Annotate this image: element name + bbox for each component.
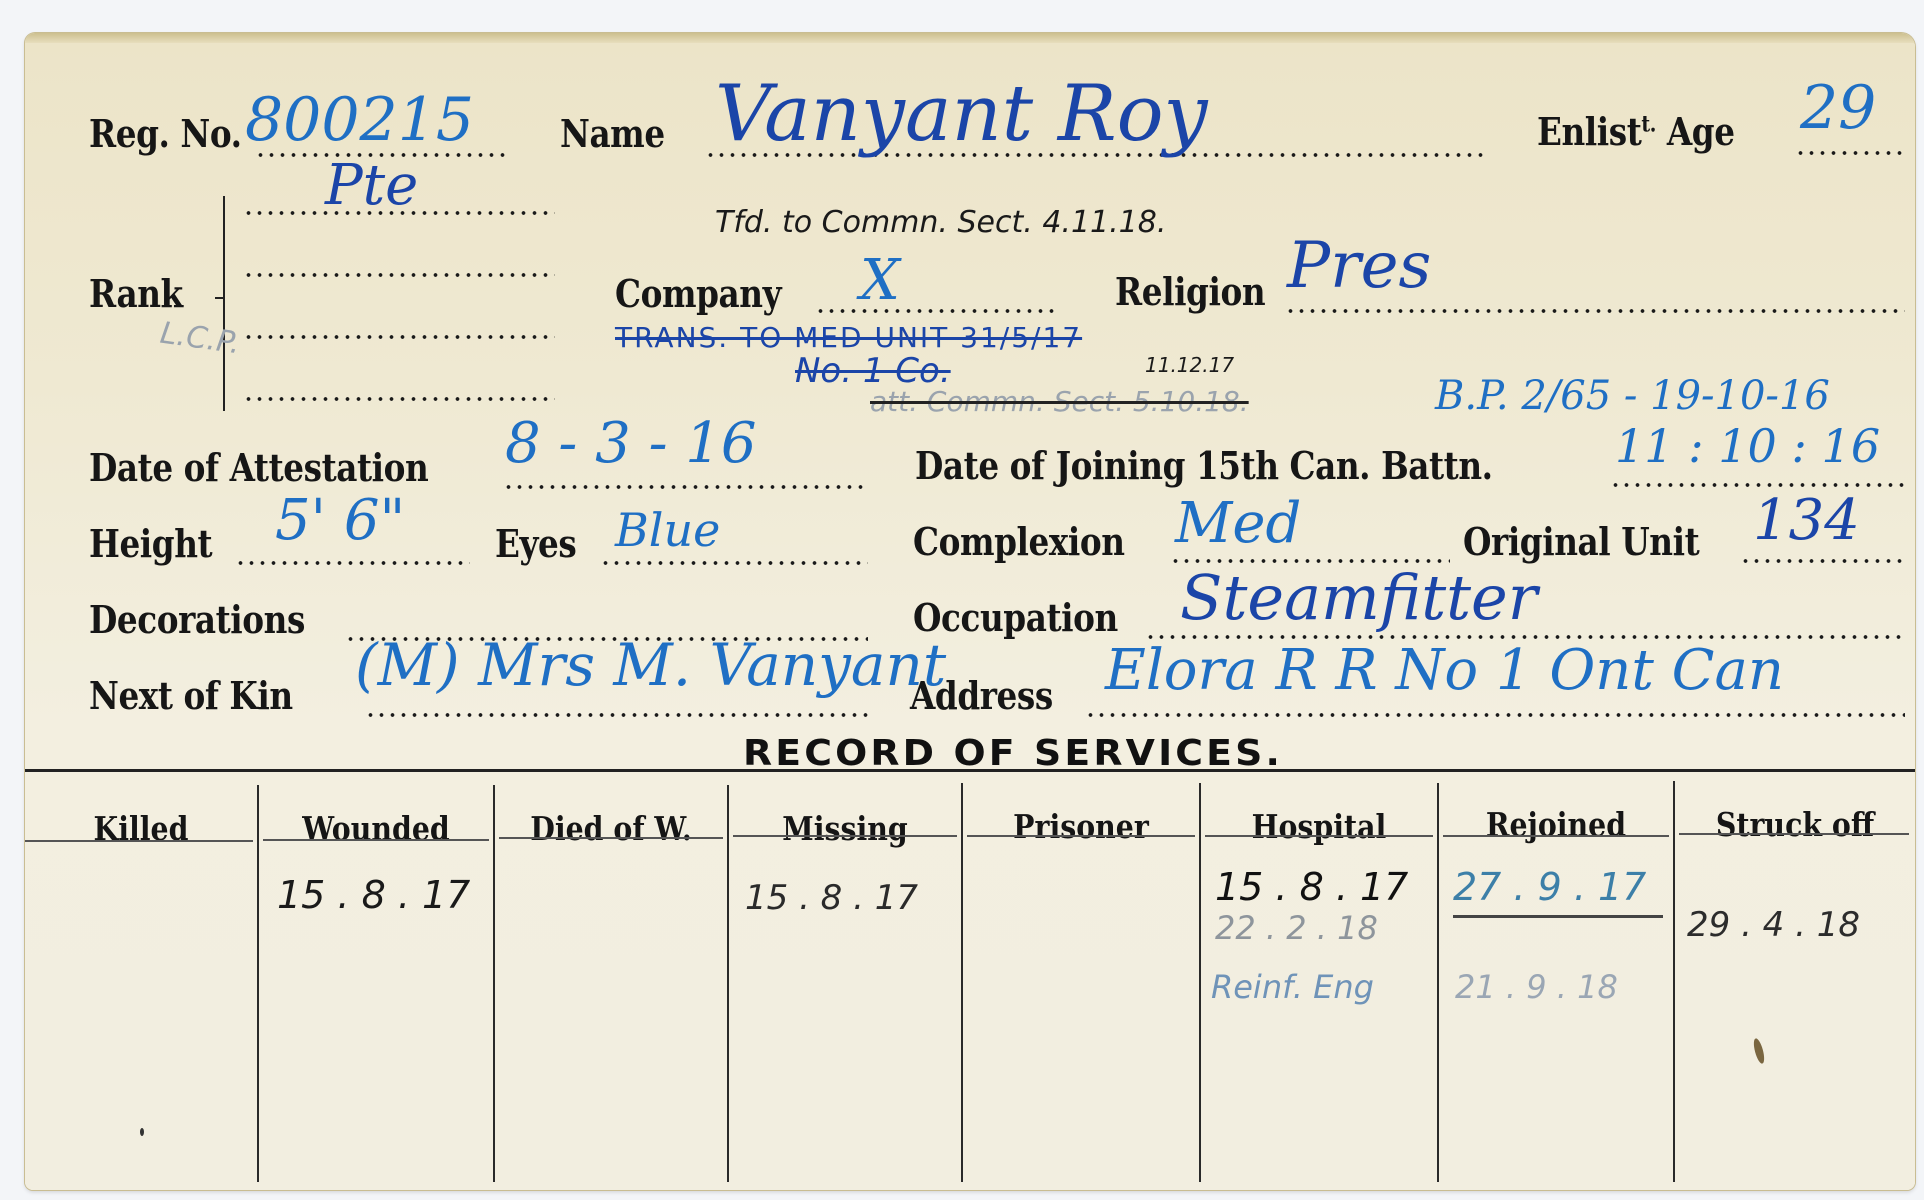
rank-line-4 (243, 397, 555, 401)
column-divider (1673, 781, 1675, 1182)
name-label: Name (560, 111, 665, 156)
eyes-label: Eyes (495, 521, 576, 566)
column-divider (727, 785, 729, 1182)
ink-smudge (1752, 1037, 1766, 1064)
rank-line-2 (243, 273, 555, 277)
enlist-age-label: Enlistt. Age (1537, 109, 1735, 154)
header-underline (25, 840, 253, 842)
rank-line-3 (243, 335, 555, 339)
record-of-services-title: RECORD OF SERVICES. (743, 733, 1283, 774)
date-of-joining-value: 11 : 10 : 16 (1615, 419, 1880, 473)
reg-no-label: Reg. No. (89, 111, 242, 156)
header-underline (499, 837, 723, 839)
original-unit-value: 134 (1753, 488, 1860, 553)
rejoined-entry-1: 27 . 9 . 17 (1453, 865, 1646, 909)
hospital-entry-3: Reinf. Eng (1211, 968, 1374, 1006)
column-header-hospital: Hospital (1218, 807, 1421, 846)
missing-entry: 15 . 8 . 17 (745, 878, 918, 918)
hospital-entry-2: 22 . 2 . 18 (1215, 909, 1378, 947)
rank-brace (223, 196, 229, 411)
height-value: 5' 6" (275, 488, 405, 553)
next-of-kin-value: (M) Mrs M. Vanyant (355, 631, 946, 699)
address-label: Address (910, 673, 1053, 718)
header-underline (1679, 833, 1909, 835)
header-underline (1205, 835, 1433, 837)
religion-label: Religion (1115, 269, 1265, 314)
occupation-value: Steamfitter (1180, 561, 1537, 634)
column-divider (1437, 783, 1439, 1182)
date-of-attestation-value: 8 - 3 - 16 (505, 411, 757, 476)
eyes-value: Blue (615, 503, 720, 557)
bp-reference: B.P. 2/65 - 19-10-16 (1435, 373, 1830, 419)
original-unit-label: Original Unit (1463, 519, 1699, 564)
date-of-joining-label: Date of Joining 15th Can. Battn. (915, 443, 1493, 488)
attestation-dotted-line (503, 485, 868, 489)
address-value: Elora R R No 1 Ont Can (1105, 638, 1784, 703)
height-dotted-line (235, 561, 470, 565)
trans-med-unit-note: TRANS. TO MED UNIT 31/5/17 (615, 321, 1082, 354)
rank-brace-tip (215, 297, 223, 299)
company-value: X (860, 248, 900, 313)
column-divider (961, 783, 963, 1182)
header-underline (263, 839, 489, 841)
rank-value: Pte (325, 153, 418, 218)
rank-label: Rank (89, 271, 183, 316)
header-underline (967, 835, 1195, 837)
next-of-kin-dotted-line (365, 713, 868, 717)
column-header-rejoined: Rejoined (1455, 805, 1656, 844)
religion-value: Pres (1287, 229, 1431, 303)
enlist-age-value: 29 (1800, 73, 1876, 143)
name-value: Vanyant Roy (715, 69, 1208, 159)
rank-line-1 (243, 211, 555, 215)
company-label: Company (615, 271, 781, 316)
company-dotted-line (815, 309, 1055, 313)
rejoined-rule (1453, 915, 1663, 918)
transfer-note: Tfd. to Commn. Sect. 4.11.18. (715, 205, 1166, 240)
no-1-co-date: 11.12.17 (1145, 353, 1234, 377)
joining-dotted-line (1610, 483, 1905, 487)
original-unit-dotted-line (1740, 559, 1905, 563)
complexion-value: Med (1175, 491, 1301, 556)
eyes-dotted-line (600, 561, 868, 565)
rejoined-entry-2: 21 . 9 . 18 (1455, 968, 1618, 1006)
column-divider (493, 785, 495, 1182)
struck-off-entry: 29 . 4 . 18 (1687, 905, 1860, 945)
next-of-kin-label: Next of Kin (89, 673, 293, 718)
column-header-wounded: Wounded (275, 809, 476, 848)
rank-pencil-note: L.C.P. (158, 316, 242, 362)
service-record-card: Reg. No. 800215 Name Vanyant Roy Enlistt… (25, 33, 1915, 1190)
complexion-label: Complexion (913, 519, 1125, 564)
header-underline (733, 835, 957, 837)
wounded-entry: 15 . 8 . 17 (277, 873, 470, 917)
address-dotted-line (1085, 713, 1905, 717)
column-divider (257, 785, 259, 1182)
decorations-label: Decorations (89, 597, 305, 642)
height-label: Height (89, 521, 212, 566)
age-dotted-line (1795, 151, 1905, 155)
religion-dotted-line (1285, 309, 1905, 313)
att-commn-note: att. Commn. Sect. 5.10.18. (870, 385, 1249, 418)
column-divider (1199, 783, 1201, 1182)
ink-speck (140, 1128, 144, 1136)
column-header-prisoner: Prisoner (980, 807, 1183, 846)
header-underline (1443, 835, 1669, 837)
reg-no-value: 800215 (245, 85, 474, 155)
column-header-killed: Killed (41, 809, 241, 848)
hospital-entry-1: 15 . 8 . 17 (1215, 865, 1408, 909)
date-of-attestation-label: Date of Attestation (89, 445, 428, 490)
table-top-rule (25, 769, 1915, 772)
column-header-missing: Missing (745, 809, 945, 848)
column-header-struck-off: Struck off (1692, 805, 1898, 844)
column-header-died-of-wounds: Died of W. (511, 809, 711, 848)
